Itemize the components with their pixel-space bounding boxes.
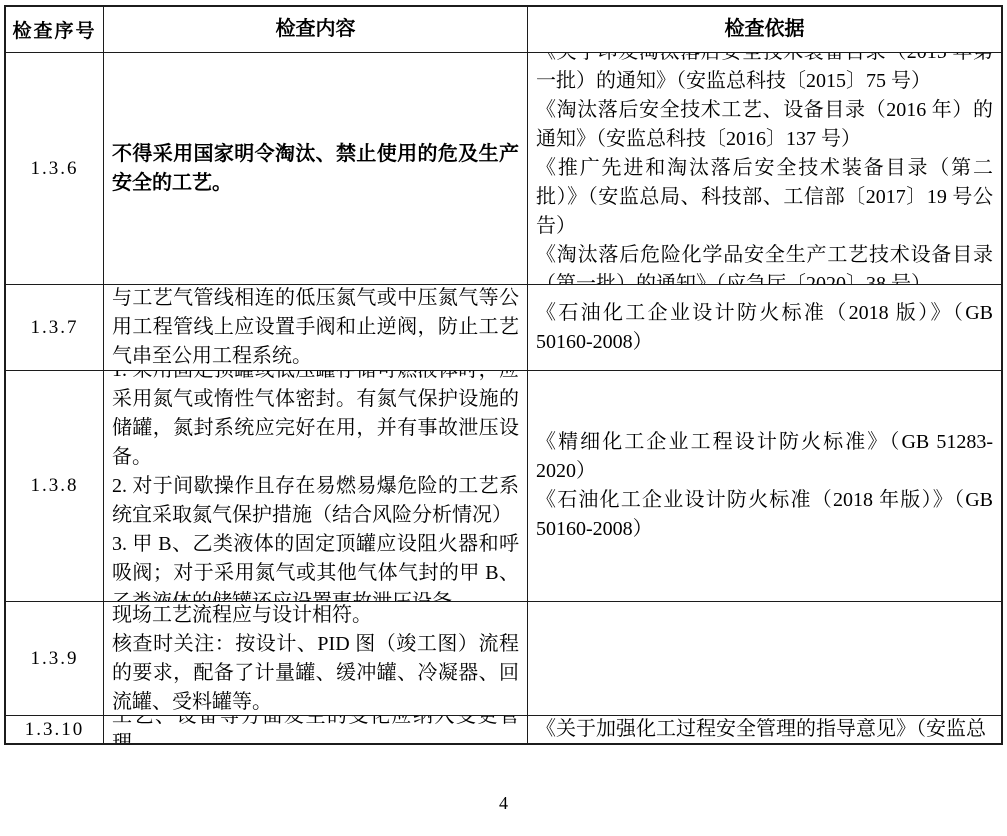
basis-text: 《关于印发淘汰落后安全技术装备目录（2015 年第一批）的通知》（安监总科技〔2… (536, 52, 993, 284)
row-id-cell: 1.3.7 (6, 284, 103, 370)
content-text: 不得采用国家明令淘汰、禁止使用的危及生产安全的工艺。 (112, 140, 519, 198)
document-page: 检查序号 检查内容 检查依据 1.3.6 不得采用国家明令淘汰、禁止使用的危及生… (0, 0, 1007, 836)
table-row: 1.3.8 1. 采用固定顶罐或低压罐存储可燃液体时，应采用氮气或惰性气体密封。… (6, 370, 1001, 601)
basis-cell: 《关于加强化工过程安全管理的指导意见》（安监总 (527, 715, 1001, 743)
content-text: 工艺、设备等方面发生的变化应纳入变更管理。 (112, 715, 519, 743)
row-id-cell: 1.3.8 (6, 370, 103, 601)
header-check-number: 检查序号 (6, 7, 103, 52)
basis-text: 《关于加强化工过程安全管理的指导意见》（安监总 (536, 716, 993, 743)
content-text: 现场工艺流程应与设计相符。 核查时关注：按设计、PID 图（竣工图）流程的要求，… (112, 601, 519, 715)
basis-cell (527, 601, 1001, 715)
content-text: 与工艺气管线相连的低压氮气或中压氮气等公用工程管线上应设置手阀和止逆阀，防止工艺… (112, 284, 519, 370)
basis-text: 《精细化工企业工程设计防火标准》（GB 51283-2020） 《石油化工企业设… (536, 428, 993, 544)
content-cell: 与工艺气管线相连的低压氮气或中压氮气等公用工程管线上应设置手阀和止逆阀，防止工艺… (103, 284, 527, 370)
table-row: 1.3.7 与工艺气管线相连的低压氮气或中压氮气等公用工程管线上应设置手阀和止逆… (6, 284, 1001, 370)
basis-cell: 《石油化工企业设计防火标准（2018 版）》（GB 50160-2008） (527, 284, 1001, 370)
basis-cell: 《关于印发淘汰落后安全技术装备目录（2015 年第一批）的通知》（安监总科技〔2… (527, 52, 1001, 284)
content-cell: 工艺、设备等方面发生的变化应纳入变更管理。 (103, 715, 527, 743)
table-row: 1.3.6 不得采用国家明令淘汰、禁止使用的危及生产安全的工艺。 《关于印发淘汰… (6, 52, 1001, 284)
content-cell: 不得采用国家明令淘汰、禁止使用的危及生产安全的工艺。 (103, 52, 527, 284)
basis-cell: 《精细化工企业工程设计防火标准》（GB 51283-2020） 《石油化工企业设… (527, 370, 1001, 601)
header-check-basis: 检查依据 (527, 7, 1001, 52)
row-id-cell: 1.3.9 (6, 601, 103, 715)
table-row: 1.3.10 工艺、设备等方面发生的变化应纳入变更管理。 《关于加强化工过程安全… (6, 715, 1001, 743)
table-header-row: 检查序号 检查内容 检查依据 (6, 7, 1001, 52)
row-id-cell: 1.3.10 (6, 715, 103, 743)
row-id-cell: 1.3.6 (6, 52, 103, 284)
page-number: 4 (0, 793, 1007, 814)
content-cell: 1. 采用固定顶罐或低压罐存储可燃液体时，应采用氮气或惰性气体密封。有氮气保护设… (103, 370, 527, 601)
table-row: 1.3.9 现场工艺流程应与设计相符。 核查时关注：按设计、PID 图（竣工图）… (6, 601, 1001, 715)
content-text: 1. 采用固定顶罐或低压罐存储可燃液体时，应采用氮气或惰性气体密封。有氮气保护设… (112, 370, 519, 601)
basis-text: 《石油化工企业设计防火标准（2018 版）》（GB 50160-2008） (536, 299, 993, 357)
inspection-checklist-table: 检查序号 检查内容 检查依据 1.3.6 不得采用国家明令淘汰、禁止使用的危及生… (4, 5, 1003, 745)
header-check-content: 检查内容 (103, 7, 527, 52)
content-cell: 现场工艺流程应与设计相符。 核查时关注：按设计、PID 图（竣工图）流程的要求，… (103, 601, 527, 715)
